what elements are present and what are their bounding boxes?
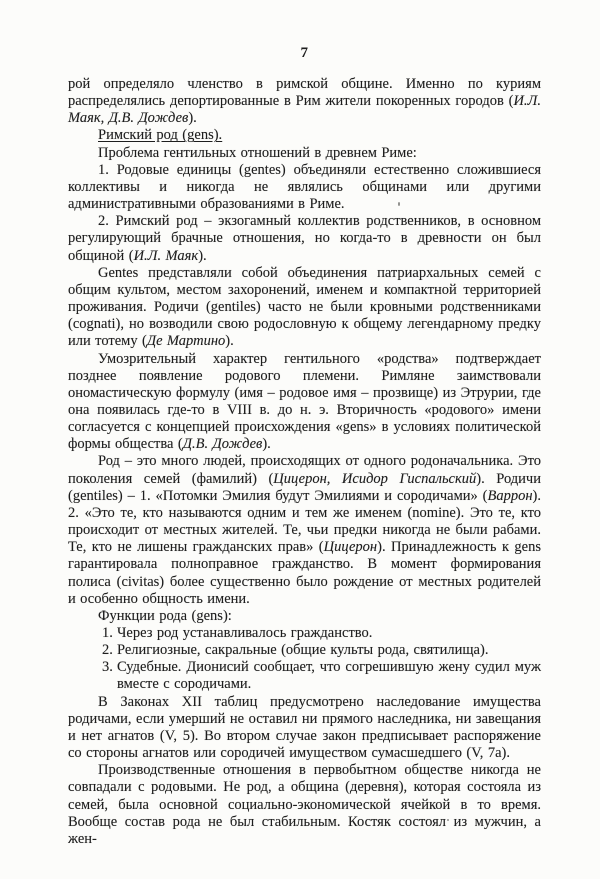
paragraph: Проблема гентильных отношений в древнем … — [68, 145, 541, 162]
text-segment: Де Мартино — [147, 333, 225, 349]
text-segment: Д.В. Дождев — [183, 436, 263, 452]
text-segment: ). — [262, 436, 270, 452]
text-segment: Проблема гентильных отношений в древнем … — [98, 145, 417, 161]
text-segment: Функции рода (gens): — [98, 608, 232, 624]
list-marker: 1. — [102, 625, 113, 642]
text-segment: Gentes представляли собой объединения па… — [68, 265, 541, 350]
text-column: 7 рой определяло членство в римской общи… — [68, 44, 541, 848]
text-segment: Варрон — [487, 488, 532, 504]
paragraph: Род – это много людей, происходящих от о… — [68, 453, 541, 607]
scanned-book-page: 7 рой определяло членство в римской общи… — [0, 0, 600, 879]
text-segment: Умозрительный характер гентильного «родс… — [68, 351, 541, 453]
paragraph: Функции рода (gens): — [68, 608, 541, 625]
paragraph: В Законах XII таблиц предусмотрено насле… — [68, 694, 541, 763]
list-marker: 3. — [102, 659, 113, 676]
paragraph: Производственные отношения в первобытном… — [68, 762, 541, 848]
list-item: 3.Судебные. Дионисий сообщает, что согре… — [68, 659, 541, 693]
scan-speck — [447, 819, 449, 821]
text-segment: Религиозные, сакральные (общие культы ро… — [117, 642, 488, 658]
text-segment: рой определяло членство в римской общине… — [68, 76, 541, 109]
paragraph: Умозрительный характер гентильного «родс… — [68, 351, 541, 454]
paragraph: 2. Римский род – экзогамный коллектив ро… — [68, 213, 541, 264]
section-heading: Римский род (gens). — [68, 127, 541, 144]
text-segment: Судебные. Дионисий сообщает, что согреши… — [117, 659, 541, 692]
text-segment: В Законах XII таблиц предусмотрено насле… — [68, 694, 541, 761]
text-segment: Цицерон, Исидор Гиспальский — [273, 471, 476, 487]
list-item: 1.Через род устанавливалось гражданство. — [68, 625, 541, 642]
text-segment: ). — [188, 110, 196, 126]
text-block: рой определяло членство в римской общине… — [68, 76, 541, 848]
paragraph: Gentes представляли собой объединения па… — [68, 265, 541, 351]
text-segment: Производственные отношения в первобытном… — [68, 762, 541, 847]
text-segment: ). — [198, 248, 206, 264]
text-segment: И.Л. Маяк — [134, 248, 199, 264]
paragraph: 1. Родовые единицы (gentes) объединяли е… — [68, 162, 541, 213]
text-segment: Римский род (gens). — [98, 127, 222, 143]
text-segment: ). — [225, 333, 233, 349]
list-item: 2.Религиозные, сакральные (общие культы … — [68, 642, 541, 659]
scan-speck — [398, 202, 400, 206]
text-segment: Через род устанавливалось гражданство. — [117, 625, 372, 641]
text-segment: 1. Родовые единицы (gentes) объединяли е… — [68, 162, 541, 212]
paragraph: рой определяло членство в римской общине… — [68, 76, 541, 127]
page-number: 7 — [68, 44, 541, 63]
text-segment: Цицерон — [324, 539, 377, 555]
list-marker: 2. — [102, 642, 113, 659]
